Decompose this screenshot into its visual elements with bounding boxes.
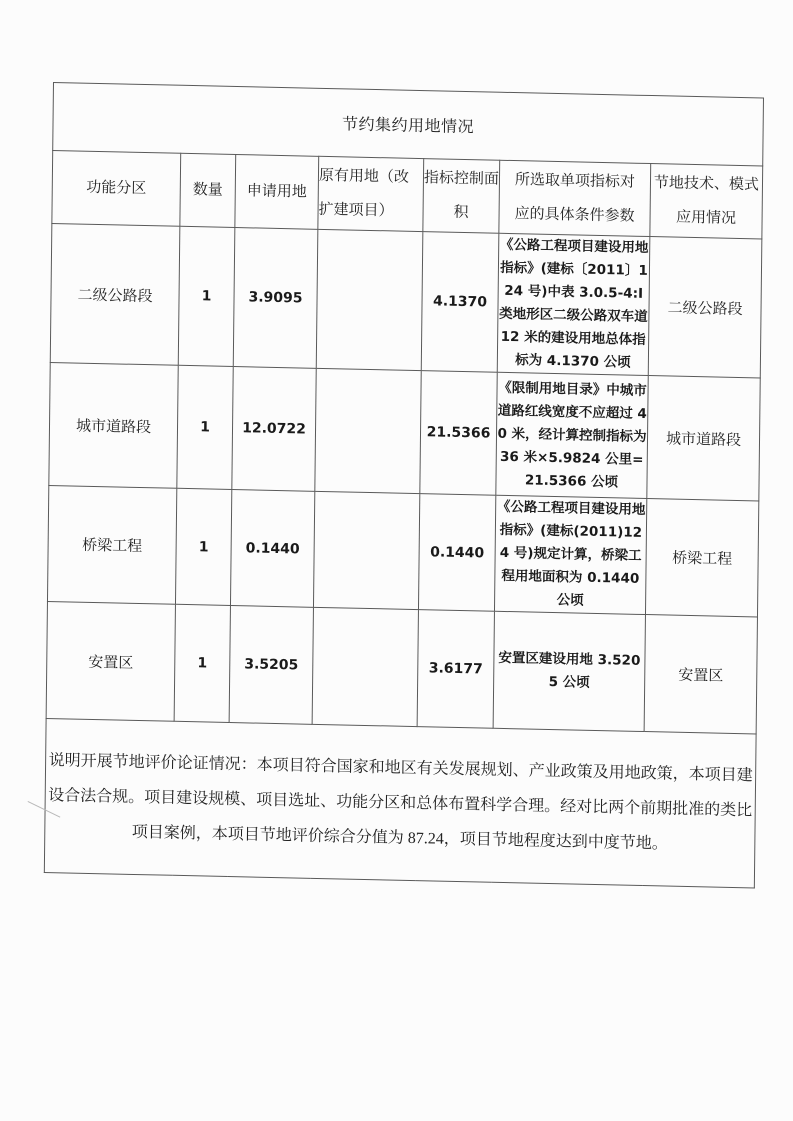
cell-criteria: 《公路工程项目建设用地指标》(建标(2011)124 号)规定计算，桥梁工程用地…: [494, 495, 646, 614]
cell-tech: 二级公路段: [648, 237, 762, 378]
header-tech-mode: 节地技术、模式应用情况: [650, 164, 763, 239]
table-note-row: 说明开展节地评价论证情况：本项目符合国家和地区有关发展规划、产业政策及用地政策，…: [44, 719, 756, 888]
land-use-table: 节约集约用地情况 功能分区 数量 申请用地 原有用地（改扩建项目） 指标控制面积…: [44, 82, 764, 889]
cell-zone: 城市道路段: [49, 363, 178, 489]
cell-quantity: 1: [177, 365, 233, 489]
cell-control: 3.6177: [417, 610, 494, 729]
cell-quantity: 1: [178, 226, 235, 366]
cell-original: [313, 491, 419, 609]
cell-original: [315, 368, 421, 493]
cell-original: [312, 607, 418, 726]
cell-tech: 桥梁工程: [645, 499, 758, 617]
header-applied-land: 申请用地: [235, 155, 319, 230]
header-original-land: 原有用地（改扩建项目）: [318, 156, 424, 231]
header-control-area: 指标控制面积: [423, 159, 500, 234]
cell-zone: 安置区: [46, 602, 175, 722]
cell-original: [316, 229, 423, 370]
cell-applied: 12.0722: [232, 367, 316, 492]
cell-quantity: 1: [175, 488, 231, 605]
cell-tech: 城市道路段: [647, 376, 760, 501]
table-row: 二级公路段 1 3.9095 4.1370 《公路工程项目建设用地指标》(建标〔…: [50, 224, 762, 378]
cell-quantity: 1: [174, 604, 230, 722]
cell-control: 21.5366: [420, 371, 497, 496]
header-criteria-params: 所选取单项指标对应的具体条件参数: [499, 160, 651, 236]
header-zone: 功能分区: [52, 151, 181, 227]
header-quantity: 数量: [180, 153, 236, 227]
scanned-document-page: 节约集约用地情况 功能分区 数量 申请用地 原有用地（改扩建项目） 指标控制面积…: [0, 0, 793, 1121]
table-row: 桥梁工程 1 0.1440 0.1440 《公路工程项目建设用地指标》(建标(2…: [47, 486, 758, 617]
evaluation-note: 说明开展节地评价论证情况：本项目符合国家和地区有关发展规划、产业政策及用地政策，…: [44, 719, 756, 888]
cell-zone: 桥梁工程: [47, 486, 176, 605]
table-row: 安置区 1 3.5205 3.6177 安置区建设用地 3.5205 公顷 安置…: [46, 602, 757, 734]
cell-control: 0.1440: [418, 494, 495, 612]
cell-zone: 二级公路段: [50, 224, 180, 366]
cell-control: 4.1370: [421, 232, 499, 373]
cell-tech: 安置区: [644, 615, 757, 734]
land-use-table-sheet: 节约集约用地情况 功能分区 数量 申请用地 原有用地（改扩建项目） 指标控制面积…: [44, 82, 763, 888]
table-row: 城市道路段 1 12.0722 21.5366 《限制用地目录》中城市道路红线宽…: [49, 363, 760, 501]
cell-applied: 0.1440: [230, 490, 314, 608]
cell-criteria: 《限制用地目录》中城市道路红线宽度不应超过 40 米，经计算控制指标为 36 米…: [496, 372, 648, 498]
cell-applied: 3.5205: [229, 606, 313, 725]
cell-applied: 3.9095: [233, 228, 318, 369]
cell-criteria: 安置区建设用地 3.5205 公顷: [493, 611, 645, 731]
cell-criteria: 《公路工程项目建设用地指标》(建标〔2011〕124 号)中表 3.0.5-4:…: [497, 233, 650, 375]
